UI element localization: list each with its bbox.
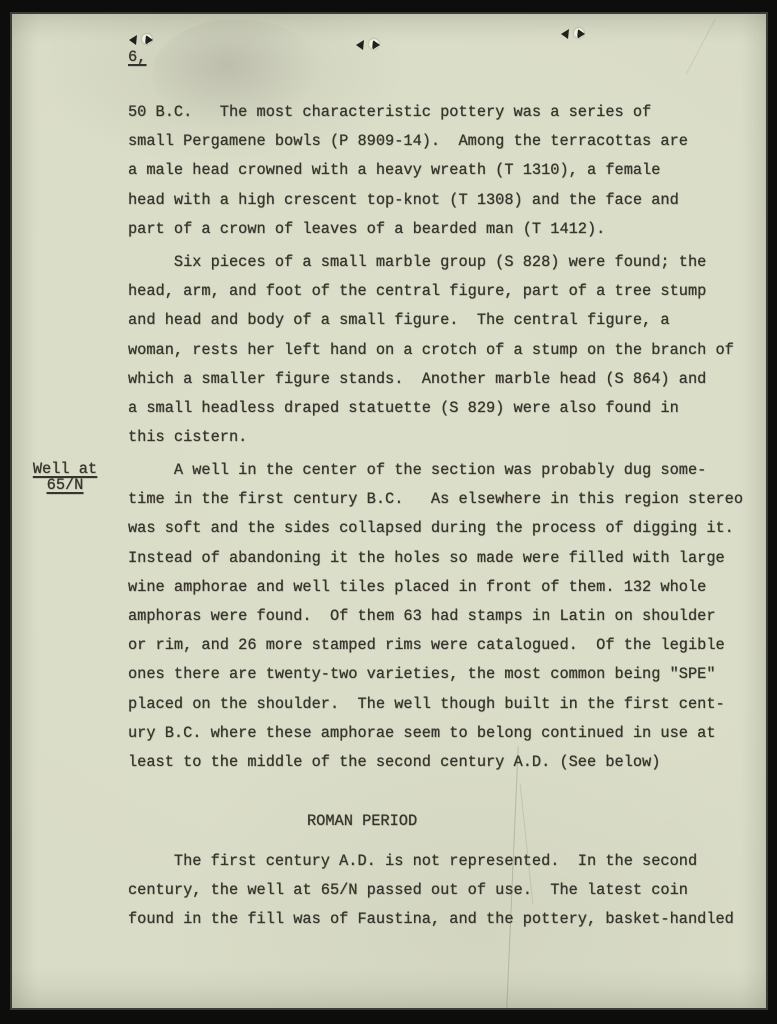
text-line: time in the first century B.C. As elsewh…: [128, 485, 743, 514]
binder-marks: [356, 39, 382, 51]
text-line: ones there are twenty-two varieties, the…: [128, 660, 743, 689]
binder-mark-icon: [129, 35, 137, 45]
text-line: was soft and the sides collapsed during …: [128, 514, 743, 543]
paragraph-roman-period-intro: The first century A.D. is not represente…: [128, 847, 734, 935]
binder-mark-icon: [561, 29, 569, 39]
text-line: 65/N: [32, 477, 98, 493]
margin-note-well-at-65n: Well at65/N: [32, 461, 98, 493]
binder-marks: [129, 34, 155, 46]
text-line: this cistern.: [128, 423, 734, 452]
text-line: century, the well at 65/N passed out of …: [128, 876, 734, 905]
text-line: a male head crowned with a heavy wreath …: [128, 156, 688, 185]
text-line: Six pieces of a small marble group (S 82…: [128, 248, 734, 277]
text-line: Instead of abandoning it the holes so ma…: [128, 544, 743, 573]
paragraph-well-amphorae: A well in the center of the section was …: [128, 456, 743, 777]
text-line: and head and body of a small figure. The…: [128, 306, 734, 335]
paragraph-marble-group: Six pieces of a small marble group (S 82…: [128, 248, 734, 452]
text-line: found in the fill was of Faustina, and t…: [128, 905, 734, 934]
text-line: 50 B.C. The most characteristic pottery …: [128, 98, 688, 127]
text-line: The first century A.D. is not represente…: [128, 847, 734, 876]
paragraph-pottery-terracottas: 50 B.C. The most characteristic pottery …: [128, 98, 688, 244]
document-page: 6, 50 B.C. The most characteristic potte…: [12, 14, 766, 1008]
text-line: ury B.C. where these amphorae seem to be…: [128, 719, 743, 748]
text-line: part of a crown of leaves of a bearded m…: [128, 215, 688, 244]
page-number: 6,: [128, 48, 146, 66]
text-line: or rim, and 26 more stamped rims were ca…: [128, 631, 743, 660]
text-line: Well at: [32, 461, 98, 477]
text-line: woman, rests her left hand on a crotch o…: [128, 336, 734, 365]
text-line: a small headless draped statuette (S 829…: [128, 394, 734, 423]
text-line: placed on the shoulder. The well though …: [128, 690, 743, 719]
text-line: small Pergamene bowls (P 8909-14). Among…: [128, 127, 688, 156]
scan-frame: 6, 50 B.C. The most characteristic potte…: [0, 0, 777, 1024]
text-line: head, arm, and foot of the central figur…: [128, 277, 734, 306]
section-heading-roman-period: ROMAN PERIOD: [307, 807, 417, 836]
binder-marks: [561, 28, 587, 40]
text-line: wine amphorae and well tiles placed in f…: [128, 573, 743, 602]
paper-crease: [686, 19, 716, 74]
text-line: which a smaller figure stands. Another m…: [128, 365, 734, 394]
text-line: A well in the center of the section was …: [128, 456, 743, 485]
text-line: head with a high crescent top-knot (T 13…: [128, 186, 688, 215]
text-line: least to the middle of the second centur…: [128, 748, 743, 777]
binder-mark-icon: [356, 40, 364, 50]
text-line: amphoras were found. Of them 63 had stam…: [128, 602, 743, 631]
